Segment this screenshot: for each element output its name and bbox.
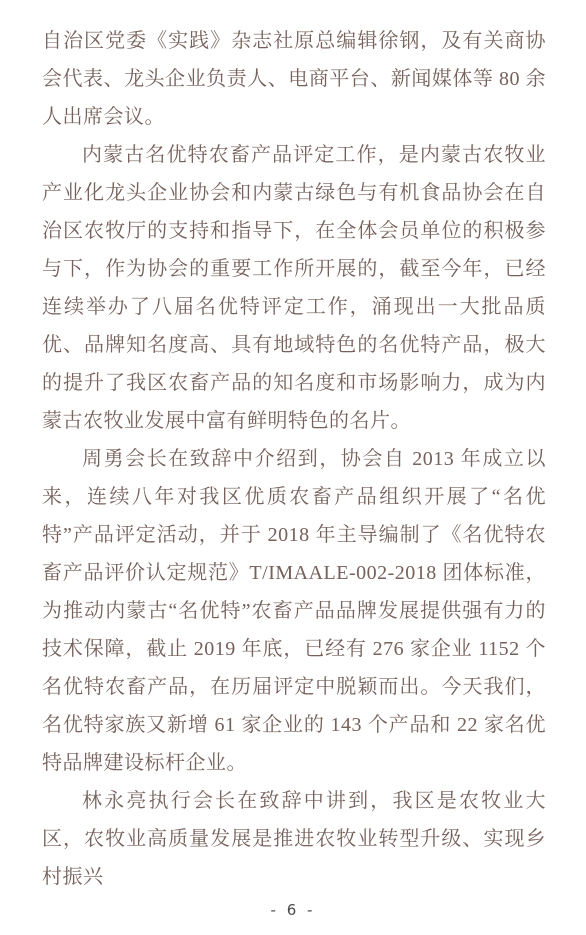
body-paragraph: 林永亮执行会长在致辞中讲到，我区是农牧业大区，农牧业高质量发展是推进农牧业转型升… (42, 782, 546, 896)
body-paragraph: 内蒙古名优特农畜产品评定工作，是内蒙古农牧业产业化龙头企业协会和内蒙古绿色与有机… (42, 136, 546, 440)
body-paragraph: 周勇会长在致辞中介绍到，协会自 2013 年成立以来，连续八年对我区优质农畜产品… (42, 440, 546, 782)
body-paragraph: 自治区党委《实践》杂志社原总编辑徐钢，及有关商协会代表、龙头企业负责人、电商平台… (42, 22, 546, 136)
page-number: - 6 - (0, 901, 586, 919)
document-page: 自治区党委《实践》杂志社原总编辑徐钢，及有关商协会代表、龙头企业负责人、电商平台… (0, 0, 586, 935)
document-body: 自治区党委《实践》杂志社原总编辑徐钢，及有关商协会代表、龙头企业负责人、电商平台… (42, 22, 546, 896)
